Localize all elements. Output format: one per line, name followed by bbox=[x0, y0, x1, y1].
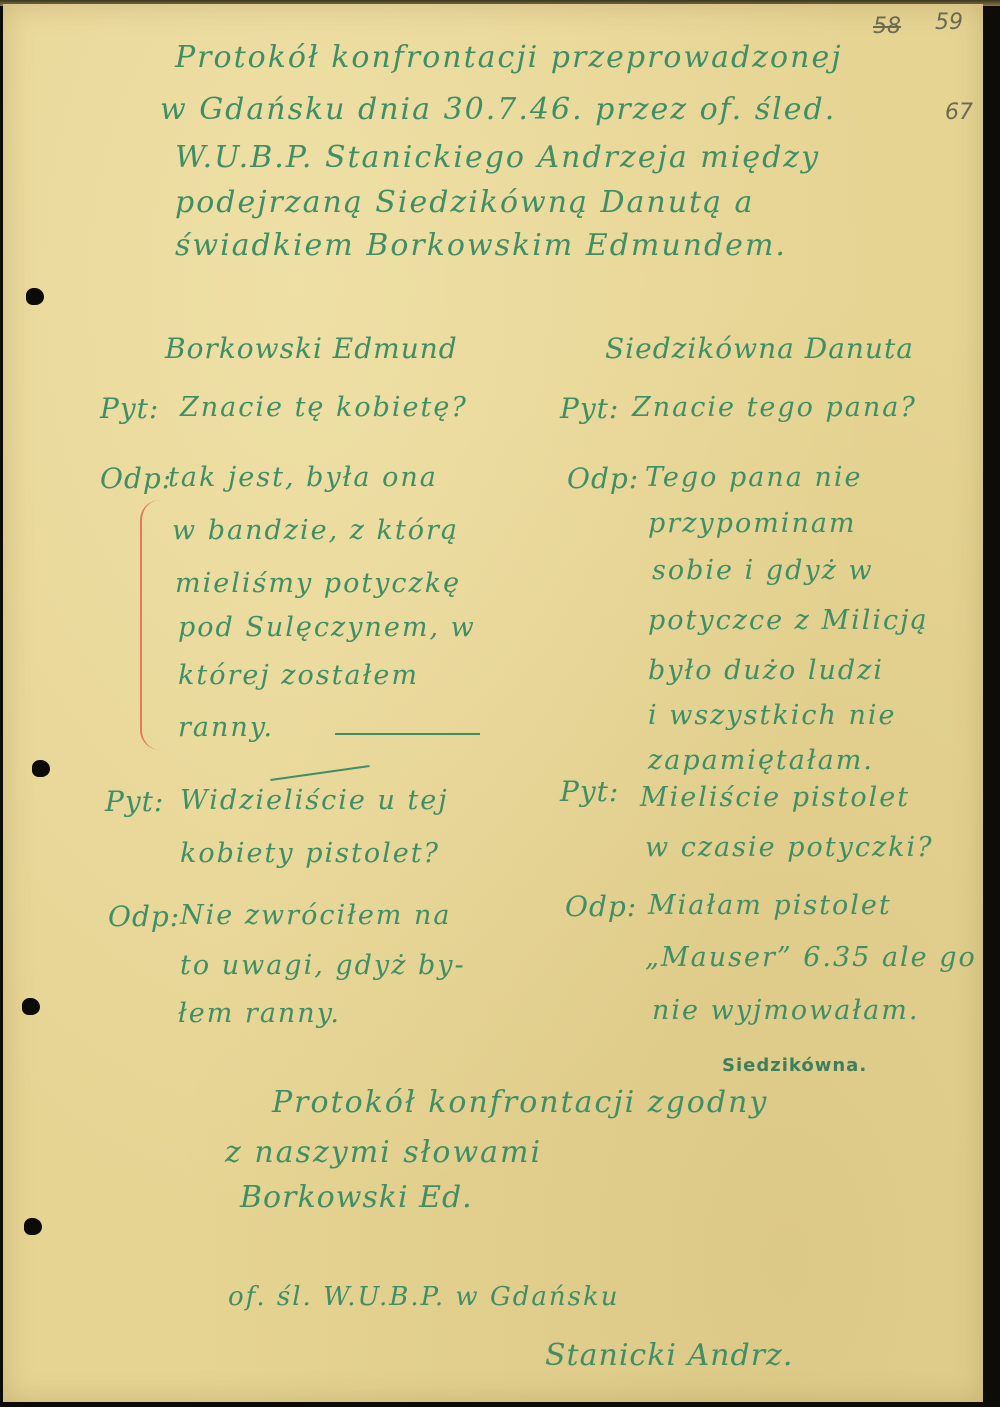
answer-text: sobie i gdyż w bbox=[652, 555, 874, 586]
answer-text: potyczce z Milicją bbox=[648, 605, 929, 636]
witness-signature: Borkowski Ed. bbox=[240, 1180, 473, 1215]
answer-text: Nie zwróciłem na bbox=[180, 900, 451, 931]
answer-label: Odp: bbox=[567, 462, 639, 495]
question-text: Znacie tę kobietę? bbox=[180, 392, 468, 423]
answer-text: tak jest, była ona bbox=[168, 462, 438, 493]
punch-hole bbox=[24, 1218, 42, 1235]
answer-label: Odp: bbox=[108, 900, 180, 933]
closing-line-text: z naszymi słowami bbox=[225, 1135, 542, 1170]
answer-text: było dużo ludzi bbox=[648, 655, 884, 686]
header-line: świadkiem Borkowskim Edmundem. bbox=[175, 228, 787, 263]
question-text: kobiety pistolet? bbox=[180, 838, 440, 869]
answer-text: Tego pana nie bbox=[645, 462, 862, 493]
left-column-title: Borkowski Edmund bbox=[165, 332, 458, 365]
header-line: W.U.B.P. Stanickiego Andrzeja między bbox=[175, 140, 820, 175]
officer-title: of. śl. W.U.B.P. w Gdańsku bbox=[228, 1282, 619, 1312]
answer-text: mieliśmy potyczkę bbox=[175, 568, 461, 599]
question-text: w czasie potyczki? bbox=[645, 832, 934, 863]
answer-text: ranny. bbox=[178, 712, 274, 743]
answer-text: zapamiętałam. bbox=[648, 745, 874, 776]
answer-label: Odp: bbox=[100, 462, 172, 495]
punch-hole bbox=[22, 998, 40, 1015]
question-label: Pyt: bbox=[100, 392, 159, 425]
answer-text: w bandzie, z którą bbox=[172, 515, 459, 546]
punch-hole bbox=[26, 288, 44, 305]
question-label: Pyt: bbox=[560, 392, 619, 425]
answer-text: której zostałem bbox=[178, 660, 419, 691]
answer-text: to uwagi, gdyż by- bbox=[180, 950, 466, 981]
officer-signature: Stanicki Andrz. bbox=[545, 1338, 793, 1373]
answer-text: przypominam bbox=[648, 508, 857, 539]
page-number-side: 67 bbox=[945, 100, 973, 125]
question-label: Pyt: bbox=[560, 775, 619, 808]
question-text: Znacie tego pana? bbox=[632, 392, 917, 423]
red-pencil-margin-mark bbox=[140, 500, 172, 750]
header-line: podejrzaną Siedzikówną Danutą a bbox=[175, 185, 754, 220]
header-line: Protokół konfrontacji przeprowadzonej bbox=[175, 40, 843, 75]
closing-line-text: Protokół konfrontacji zgodny bbox=[272, 1085, 768, 1120]
answer-label: Odp: bbox=[565, 890, 637, 923]
suspect-signature: Siedzikówna. bbox=[722, 1055, 867, 1076]
answer-text: „Mauser” 6.35 ale go bbox=[645, 942, 977, 973]
right-column-title: Siedzikówna Danuta bbox=[605, 332, 914, 365]
answer-text: nie wyjmowałam. bbox=[652, 995, 919, 1026]
punch-hole bbox=[32, 760, 50, 777]
question-text: Mieliście pistolet bbox=[640, 782, 910, 813]
page-number: 59 bbox=[935, 10, 963, 35]
answer-text: i wszystkich nie bbox=[648, 700, 896, 731]
question-label: Pyt: bbox=[105, 785, 164, 818]
page-number-crossed: 58 bbox=[873, 14, 901, 39]
question-text: Widzieliście u tej bbox=[180, 785, 449, 816]
closing-line bbox=[335, 733, 480, 735]
answer-text: pod Sulęczynem, w bbox=[178, 612, 476, 643]
answer-text: łem ranny. bbox=[178, 998, 341, 1029]
header-line: w Gdańsku dnia 30.7.46. przez of. śled. bbox=[160, 92, 836, 127]
answer-text: Miałam pistolet bbox=[648, 890, 892, 921]
